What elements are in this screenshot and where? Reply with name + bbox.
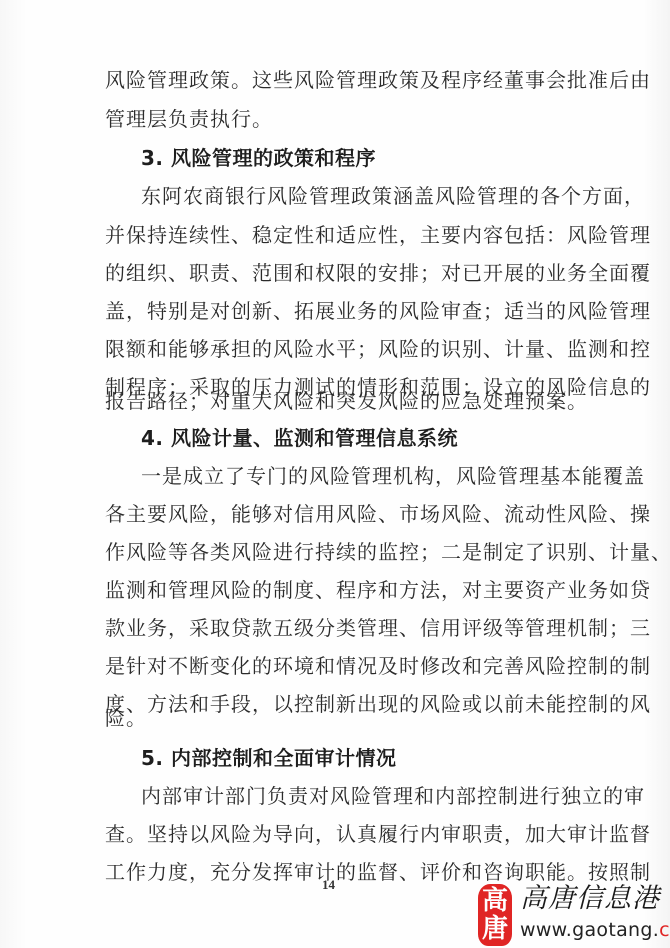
- section-heading-4: 4. 风险计量、监测和管理信息系统: [141, 425, 458, 451]
- seal-logo-icon: 高 唐: [478, 884, 512, 946]
- brand-name: 高唐信息港: [520, 883, 660, 915]
- body-text-line: 的组织、职责、范围和权限的安排；对已开展的业务全面覆: [105, 260, 572, 286]
- body-text-line: 限额和能够承担的风险水平；风险的识别、计量、监测和控: [105, 336, 572, 362]
- body-text-line: 作风险等各类风险进行持续的监控；二是制定了识别、计量、: [105, 539, 572, 565]
- seal-char: 唐: [482, 915, 508, 943]
- brand-url: www.gaotang.cc: [520, 918, 670, 942]
- url-tld: cc: [659, 919, 670, 941]
- body-text-line: 风险管理政策。这些风险管理政策及程序经董事会批准后由: [105, 67, 572, 93]
- body-text-line: 报告路径；对重大风险和突发风险的应急处理预案。: [105, 388, 572, 414]
- section-heading-5: 5. 内部控制和全面审计情况: [141, 745, 396, 771]
- document-page: 风险管理政策。这些风险管理政策及程序经董事会批准后由 管理层负责执行。 3. 风…: [0, 0, 670, 948]
- body-text-line: 查。坚持以风险为导向，认真履行内审职责，加大审计监督: [105, 821, 572, 847]
- body-text-line: 款业务，采取贷款五级分类管理、信用评级等管理机制；三: [105, 615, 572, 641]
- body-text-line: 各主要风险，能够对信用风险、市场风险、流动性风险、操: [105, 501, 572, 527]
- url-main: www.gaotang.: [520, 919, 659, 941]
- body-text-line: 盖，特别是对创新、拓展业务的风险审查；适当的风险管理: [105, 298, 572, 324]
- page-number: 14: [322, 877, 335, 893]
- seal-char: 高: [482, 887, 508, 915]
- site-watermark: 高 唐 高唐信息港 www.gaotang.cc: [474, 881, 670, 948]
- body-text-line: 东阿农商银行风险管理政策涵盖风险管理的各个方面，: [141, 183, 572, 209]
- body-text-line: 险。: [105, 705, 572, 731]
- body-text-line: 并保持连续性、稳定性和适应性，主要内容包括：风险管理: [105, 222, 572, 248]
- body-text-line: 监测和管理风险的制度、程序和方法，对主要资产业务如贷: [105, 577, 572, 603]
- section-heading-3: 3. 风险管理的政策和程序: [141, 145, 376, 171]
- body-text-line: 一是成立了专门的风险管理机构，风险管理基本能覆盖: [141, 463, 572, 489]
- body-text-line: 内部审计部门负责对风险管理和内部控制进行独立的审: [141, 783, 572, 809]
- body-text-line: 是针对不断变化的环境和情况及时修改和完善风险控制的制: [105, 653, 572, 679]
- body-text-line: 管理层负责执行。: [105, 106, 572, 132]
